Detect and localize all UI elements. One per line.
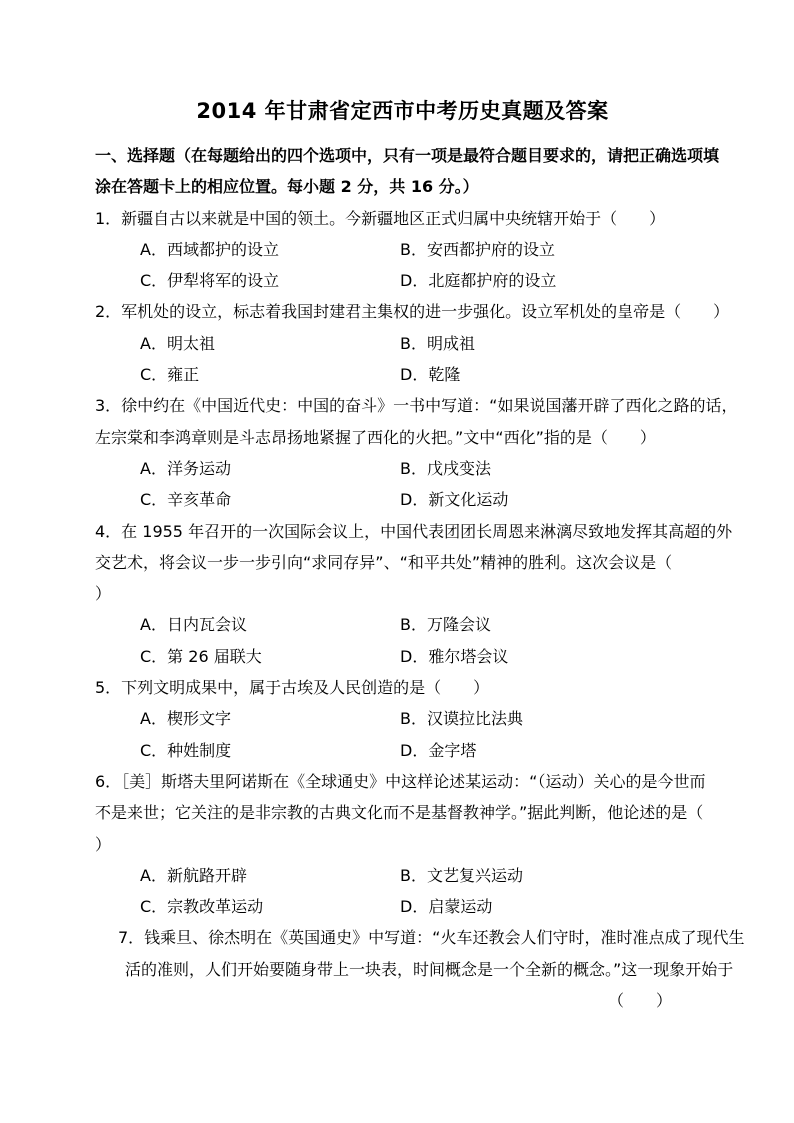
question-text: 3．徐中约在《中国近代史：中国的奋斗》一书中写道：“如果说国藩开辟了西化之路的话…: [95, 390, 710, 421]
question-text: 5．下列文明成果中，属于古埃及人民创造的是（ ）: [95, 672, 710, 703]
question-3: 3．徐中约在《中国近代史：中国的奋斗》一书中写道：“如果说国藩开辟了西化之路的话…: [95, 390, 710, 515]
option-b: B．戊戌变法: [400, 459, 491, 478]
option-d: D．新文化运动: [400, 490, 508, 509]
section-heading-line: 涂在答题卡上的相应位置。每小题 2 分，共 16 分。）: [95, 171, 710, 202]
options-row: C．辛亥革命D．新文化运动: [95, 484, 710, 515]
question-1: 1．新疆自古以来就是中国的领土。今新疆地区正式归属中央统辖开始于（ ） A．西域…: [95, 203, 710, 297]
question-text: 不是来世；它关注的是非宗教的古典文化而不是基督教神学。”据此判断，他论述的是（: [95, 797, 710, 828]
options-row: A．洋务运动B．戊戌变法: [95, 453, 710, 484]
option-a: A．西域都护的设立: [140, 234, 400, 265]
section-heading: 一、选择题（在每题给出的四个选项中，只有一项是最符合题目要求的，请把正确选项填 …: [95, 140, 710, 203]
options-row: A．新航路开辟B．文艺复兴运动: [95, 860, 710, 891]
option-c: C．种姓制度: [140, 735, 400, 766]
question-text: 左宗棠和李鸿章则是斗志昂扬地紧握了西化的火把。”文中“西化”指的是（ ）: [95, 422, 710, 453]
option-c: C．宗教改革运动: [140, 891, 400, 922]
options-row: A．日内瓦会议B．万隆会议: [95, 609, 710, 640]
question-text: 6．［美］斯塔夫里阿诺斯在《全球通史》中这样论述某运动：“（运动）关心的是今世而: [95, 766, 710, 797]
option-a: A．明太祖: [140, 328, 400, 359]
option-b: B．万隆会议: [400, 615, 491, 634]
question-7: 7．钱乘旦、徐杰明在《英国通史》中写道：“火车还教会人们守时，准时准点成了现代生…: [95, 922, 710, 1016]
option-c: C．雍正: [140, 359, 400, 390]
option-b: B．安西都护府的设立: [400, 240, 555, 259]
options-row: A．楔形文字B．汉谟拉比法典: [95, 703, 710, 734]
question-5: 5．下列文明成果中，属于古埃及人民创造的是（ ） A．楔形文字B．汉谟拉比法典 …: [95, 672, 710, 766]
options-row: A．西域都护的设立B．安西都护府的设立: [95, 234, 710, 265]
question-4: 4．在 1955 年召开的一次国际会议上，中国代表团团长周恩来淋漓尽致地发挥其高…: [95, 516, 710, 672]
option-d: D．启蒙运动: [400, 897, 492, 916]
options-row: C．种姓制度D．金字塔: [95, 735, 710, 766]
option-d: D．雅尔塔会议: [400, 647, 508, 666]
option-d: D．乾隆: [400, 365, 460, 384]
option-d: D．北庭都护府的设立: [400, 271, 556, 290]
question-text: 1．新疆自古以来就是中国的领土。今新疆地区正式归属中央统辖开始于（ ）: [95, 203, 710, 234]
question-text: 交艺术，将会议一步一步引向“求同存异”、“和平共处”精神的胜利。这次会议是（: [95, 547, 710, 578]
document-page: 2014 年甘肃省定西市中考历史真题及答案 一、选择题（在每题给出的四个选项中，…: [0, 0, 794, 1123]
question-6: 6．［美］斯塔夫里阿诺斯在《全球通史》中这样论述某运动：“（运动）关心的是今世而…: [95, 766, 710, 922]
question-text: 活的准则，人们开始要随身带上一块表，时间概念是一个全新的概念。”这一现象开始于: [95, 954, 710, 985]
options-row: A．明太祖B．明成祖: [95, 328, 710, 359]
option-b: B．汉谟拉比法典: [400, 709, 523, 728]
option-c: C．伊犁将军的设立: [140, 265, 400, 296]
option-c: C．第 26 届联大: [140, 641, 400, 672]
options-row: C．雍正D．乾隆: [95, 359, 710, 390]
question-text: 4．在 1955 年召开的一次国际会议上，中国代表团团长周恩来淋漓尽致地发挥其高…: [95, 516, 710, 547]
question-2: 2．军机处的设立，标志着我国封建君主集权的进一步强化。设立军机处的皇帝是（ ） …: [95, 296, 710, 390]
question-text: 2．军机处的设立，标志着我国封建君主集权的进一步强化。设立军机处的皇帝是（ ）: [95, 296, 710, 327]
option-a: A．新航路开辟: [140, 860, 400, 891]
option-a: A．日内瓦会议: [140, 609, 400, 640]
question-text-bracket: ）: [95, 829, 710, 860]
option-b: B．明成祖: [400, 334, 475, 353]
question-text-bracket: （ ）: [95, 985, 710, 1016]
option-a: A．楔形文字: [140, 703, 400, 734]
option-a: A．洋务运动: [140, 453, 400, 484]
option-d: D．金字塔: [400, 741, 476, 760]
option-b: B．文艺复兴运动: [400, 866, 523, 885]
section-heading-line: 一、选择题（在每题给出的四个选项中，只有一项是最符合题目要求的，请把正确选项填: [95, 140, 710, 171]
options-row: C．宗教改革运动D．启蒙运动: [95, 891, 710, 922]
question-text-bracket: ）: [95, 578, 710, 609]
options-row: C．伊犁将军的设立D．北庭都护府的设立: [95, 265, 710, 296]
options-row: C．第 26 届联大D．雅尔塔会议: [95, 641, 710, 672]
option-c: C．辛亥革命: [140, 484, 400, 515]
question-text: 7．钱乘旦、徐杰明在《英国通史》中写道：“火车还教会人们守时，准时准点成了现代生: [95, 922, 710, 953]
page-title: 2014 年甘肃省定西市中考历史真题及答案: [95, 96, 710, 126]
